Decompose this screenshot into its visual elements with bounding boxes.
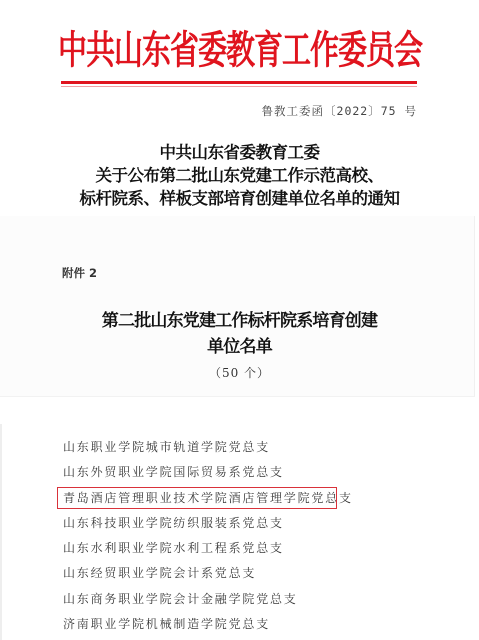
notice-title-line-2: 关于公布第二批山东党建工作示范高校、 xyxy=(0,164,479,187)
unit-list-item: 山东商务职业学院会计金融学院党总支 xyxy=(63,587,353,612)
document-page: 中共山东省委教育工作委员会 鲁教工委函〔2022〕75 号 中共山东省委教育工委… xyxy=(0,0,479,640)
masthead-title: 中共山东省委教育工作委员会 xyxy=(58,19,420,81)
unit-list-item: 山东经贸职业学院会计系党总支 xyxy=(63,561,353,586)
masthead-red-rule xyxy=(61,81,417,84)
notice-title-line-3: 标杆院系、样板支部培育创建单位名单的通知 xyxy=(0,187,479,210)
attachment-list-title: 第二批山东党建工作标杆院系培育创建 单位名单 xyxy=(0,308,479,360)
notice-title: 中共山东省委教育工委 关于公布第二批山东党建工作示范高校、 标杆院系、样板支部培… xyxy=(0,141,479,210)
unit-list: 山东职业学院城市轨道学院党总支 山东外贸职业学院国际贸易系党总支 青岛酒店管理职… xyxy=(63,435,353,637)
unit-list-item: 山东水利职业学院水利工程系党总支 xyxy=(63,536,353,561)
unit-list-item: 山东职业学院城市轨道学院党总支 xyxy=(63,435,353,460)
masthead-red-rule-thin xyxy=(61,86,417,87)
attachment-title-line-1: 第二批山东党建工作标杆院系培育创建 xyxy=(0,308,479,334)
document-number: 鲁教工委函〔2022〕75 号 xyxy=(262,103,417,119)
attachment-label: 附件 2 xyxy=(62,265,97,281)
attachment-count: （50 个） xyxy=(0,364,479,381)
unit-list-item: 山东外贸职业学院国际贸易系党总支 xyxy=(63,460,353,485)
unit-list-item: 济南职业学院机械制造学院党总支 xyxy=(63,612,353,637)
attachment-title-line-2: 单位名单 xyxy=(0,334,479,360)
unit-list-item-highlighted: 青岛酒店管理职业技术学院酒店管理学院党总支 xyxy=(63,486,353,511)
unit-list-item: 山东科技职业学院纺织服装系党总支 xyxy=(63,511,353,536)
notice-title-line-1: 中共山东省委教育工委 xyxy=(0,141,479,164)
